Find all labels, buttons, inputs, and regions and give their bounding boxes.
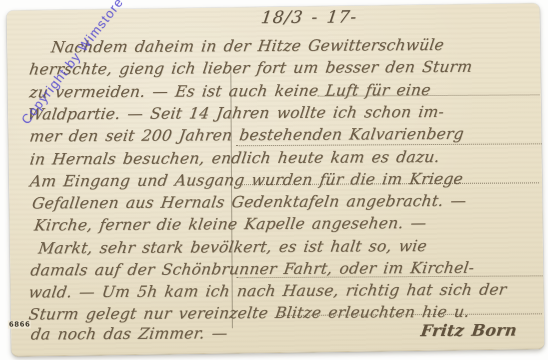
handwritten-line: Sturm gelegt nur vereinzelte Blitze erle… (28, 303, 471, 324)
scan-background: 18/3 - 17- Nachdem daheim in der Hitze G… (0, 0, 548, 360)
handwritten-line: Markt, sehr stark bevölkert, es ist halt… (37, 237, 428, 257)
handwritten-line: damals auf der Schönbrunner Fahrt, oder … (29, 259, 475, 280)
handwritten-line: wald. — Um 5h kam ich nach Hause, richti… (27, 281, 507, 302)
handwritten-line: Gefallenen aus Hernals Gedenktafeln ange… (31, 192, 468, 213)
handwritten-line: Waldpartie. — Seit 14 Jahren wollte ich … (26, 103, 445, 124)
handwritten-line: zu vermeiden. — Es ist auch keine Luft f… (28, 81, 432, 101)
handwritten-signature: Fritz Born (420, 321, 518, 341)
handwritten-line: herrschte, gieng ich lieber fort um bess… (28, 58, 473, 79)
handwritten-date: 18/3 - 17- (260, 7, 359, 28)
handwritten-line: Nachdem daheim in der Hitze Gewitterschw… (50, 36, 445, 56)
handwritten-line: da noch das Zimmer. — (30, 324, 229, 343)
serial-number: 6866 (8, 320, 32, 328)
handwritten-line: Am Eingang und Ausgang wurden für die im… (29, 170, 464, 191)
handwritten-line: in Hernals besuchen, endlich heute kam e… (29, 148, 441, 169)
handwritten-line: mer den seit 200 Jahren bestehenden Kalv… (29, 125, 465, 146)
handwritten-line: Kirche, ferner die kleine Kapelle angese… (33, 214, 427, 234)
